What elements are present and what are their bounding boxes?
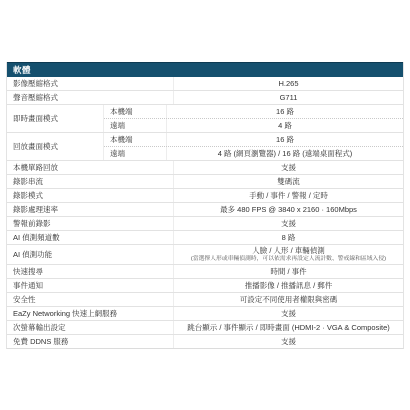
spec-value: 16 路 — [167, 105, 403, 118]
spec-label: 警報前錄影 — [7, 217, 174, 230]
spec-value-text: 8 路 — [176, 233, 401, 242]
spec-row: 快速搜尋時間 / 事件 — [7, 264, 403, 278]
spec-row: 安全性可設定不同使用者權限與密碼 — [7, 292, 403, 306]
spec-value: 時間 / 事件 — [174, 265, 403, 278]
spec-value: 4 路 (網頁瀏覽器) / 16 路 (遠端桌面程式) — [167, 147, 403, 160]
spec-subrow: 遠端4 路 (網頁瀏覽器) / 16 路 (遠端桌面程式) — [104, 146, 403, 160]
spec-row: 本機單路回放支援 — [7, 160, 403, 174]
spec-value: 16 路 — [167, 133, 403, 146]
spec-value-text: 時間 / 事件 — [176, 267, 401, 276]
spec-label: AI 偵測頻道數 — [7, 231, 174, 244]
spec-value-note: (當選擇人形或車輛偵測時，可以依需求再設定人流計數、警戒線和區域入侵) — [176, 256, 401, 263]
spec-subrow-group: 本機端16 路遠端4 路 (網頁瀏覽器) / 16 路 (遠端桌面程式) — [104, 133, 403, 160]
spec-row: 事件通知推播影像 / 推播訊息 / 郵件 — [7, 278, 403, 292]
spec-row: 錄影處理速率最多 480 FPS @ 3840 x 2160 · 160Mbps — [7, 202, 403, 216]
spec-label: 安全性 — [7, 293, 174, 306]
spec-value: 支援 — [174, 335, 403, 348]
spec-value-text: 可設定不同使用者權限與密碼 — [176, 295, 401, 304]
spec-value: 4 路 — [167, 119, 403, 132]
spec-subrow-group: 本機端16 路遠端4 路 — [104, 105, 403, 132]
spec-value-text: 雙碼流 — [176, 177, 401, 186]
spec-subrow: 遠端4 路 — [104, 118, 403, 132]
software-spec-table: 軟體 影像壓縮格式H.265聲音壓縮格式G711即時畫面模式本機端16 路遠端4… — [6, 62, 404, 349]
spec-label: 聲音壓縮格式 — [7, 91, 174, 104]
spec-sublabel: 遠端 — [104, 147, 167, 160]
spec-value: 雙碼流 — [174, 175, 403, 188]
spec-sublabel: 遠端 — [104, 119, 167, 132]
spec-label: 錄影模式 — [7, 189, 174, 202]
spec-value-text: 最多 480 FPS @ 3840 x 2160 · 160Mbps — [176, 205, 401, 214]
spec-value-text: 跳台顯示 / 事件顯示 / 即時畫面 (HDMI-2 · VGA & Compo… — [176, 323, 401, 332]
spec-row: 即時畫面模式本機端16 路遠端4 路 — [7, 104, 403, 132]
spec-value: 支援 — [174, 307, 403, 320]
spec-sublabel: 本機端 — [104, 133, 167, 146]
spec-label: 快速搜尋 — [7, 265, 174, 278]
spec-label: AI 偵測功能 — [7, 245, 174, 264]
spec-label: 次螢幕輸出設定 — [7, 321, 174, 334]
spec-row: 聲音壓縮格式G711 — [7, 90, 403, 104]
spec-value: 支援 — [174, 217, 403, 230]
spec-value-text: 人臉 / 人形 / 車輛偵測 — [176, 246, 401, 255]
spec-label: EaZy Networking 快速上網服務 — [7, 307, 174, 320]
spec-row: 次螢幕輸出設定跳台顯示 / 事件顯示 / 即時畫面 (HDMI-2 · VGA … — [7, 320, 403, 334]
spec-label: 錄影處理速率 — [7, 203, 174, 216]
spec-label: 即時畫面模式 — [7, 105, 104, 132]
spec-subrow: 本機端16 路 — [104, 105, 403, 118]
spec-label: 錄影串流 — [7, 175, 174, 188]
spec-value: 跳台顯示 / 事件顯示 / 即時畫面 (HDMI-2 · VGA & Compo… — [174, 321, 403, 334]
spec-value: 人臉 / 人形 / 車輛偵測(當選擇人形或車輛偵測時，可以依需求再設定人流計數、… — [174, 245, 403, 264]
spec-value-text: H.265 — [176, 79, 401, 88]
spec-value: 支援 — [174, 161, 403, 174]
spec-value: 最多 480 FPS @ 3840 x 2160 · 160Mbps — [174, 203, 403, 216]
spec-label: 免費 DDNS 服務 — [7, 335, 174, 348]
spec-label: 影像壓縮格式 — [7, 77, 174, 90]
spec-value: 手動 / 事件 / 警報 / 定時 — [174, 189, 403, 202]
spec-label: 回放畫面模式 — [7, 133, 104, 160]
spec-value: 推播影像 / 推播訊息 / 郵件 — [174, 279, 403, 292]
spec-row: 警報前錄影支援 — [7, 216, 403, 230]
spec-row: EaZy Networking 快速上網服務支援 — [7, 306, 403, 320]
spec-value-text: 支援 — [176, 309, 401, 318]
spec-row: 回放畫面模式本機端16 路遠端4 路 (網頁瀏覽器) / 16 路 (遠端桌面程… — [7, 132, 403, 160]
spec-sublabel: 本機端 — [104, 105, 167, 118]
spec-value: 8 路 — [174, 231, 403, 244]
spec-value-text: 支援 — [176, 219, 401, 228]
spec-subrow: 本機端16 路 — [104, 133, 403, 146]
spec-value: H.265 — [174, 77, 403, 90]
spec-section-header: 軟體 — [7, 62, 403, 77]
spec-label: 本機單路回放 — [7, 161, 174, 174]
spec-value-text: 支援 — [176, 337, 401, 346]
spec-row: 影像壓縮格式H.265 — [7, 77, 403, 90]
spec-row: 錄影串流雙碼流 — [7, 174, 403, 188]
spec-table-body: 影像壓縮格式H.265聲音壓縮格式G711即時畫面模式本機端16 路遠端4 路回… — [7, 77, 403, 348]
spec-value-text: 手動 / 事件 / 警報 / 定時 — [176, 191, 401, 200]
spec-row: AI 偵測功能人臉 / 人形 / 車輛偵測(當選擇人形或車輛偵測時，可以依需求再… — [7, 244, 403, 264]
spec-row: AI 偵測頻道數8 路 — [7, 230, 403, 244]
spec-value-text: 支援 — [176, 163, 401, 172]
spec-label: 事件通知 — [7, 279, 174, 292]
spec-value: 可設定不同使用者權限與密碼 — [174, 293, 403, 306]
spec-row: 免費 DDNS 服務支援 — [7, 334, 403, 348]
spec-row: 錄影模式手動 / 事件 / 警報 / 定時 — [7, 188, 403, 202]
spec-value-text: G711 — [176, 93, 401, 102]
spec-value: G711 — [174, 91, 403, 104]
spec-value-text: 推播影像 / 推播訊息 / 郵件 — [176, 281, 401, 290]
